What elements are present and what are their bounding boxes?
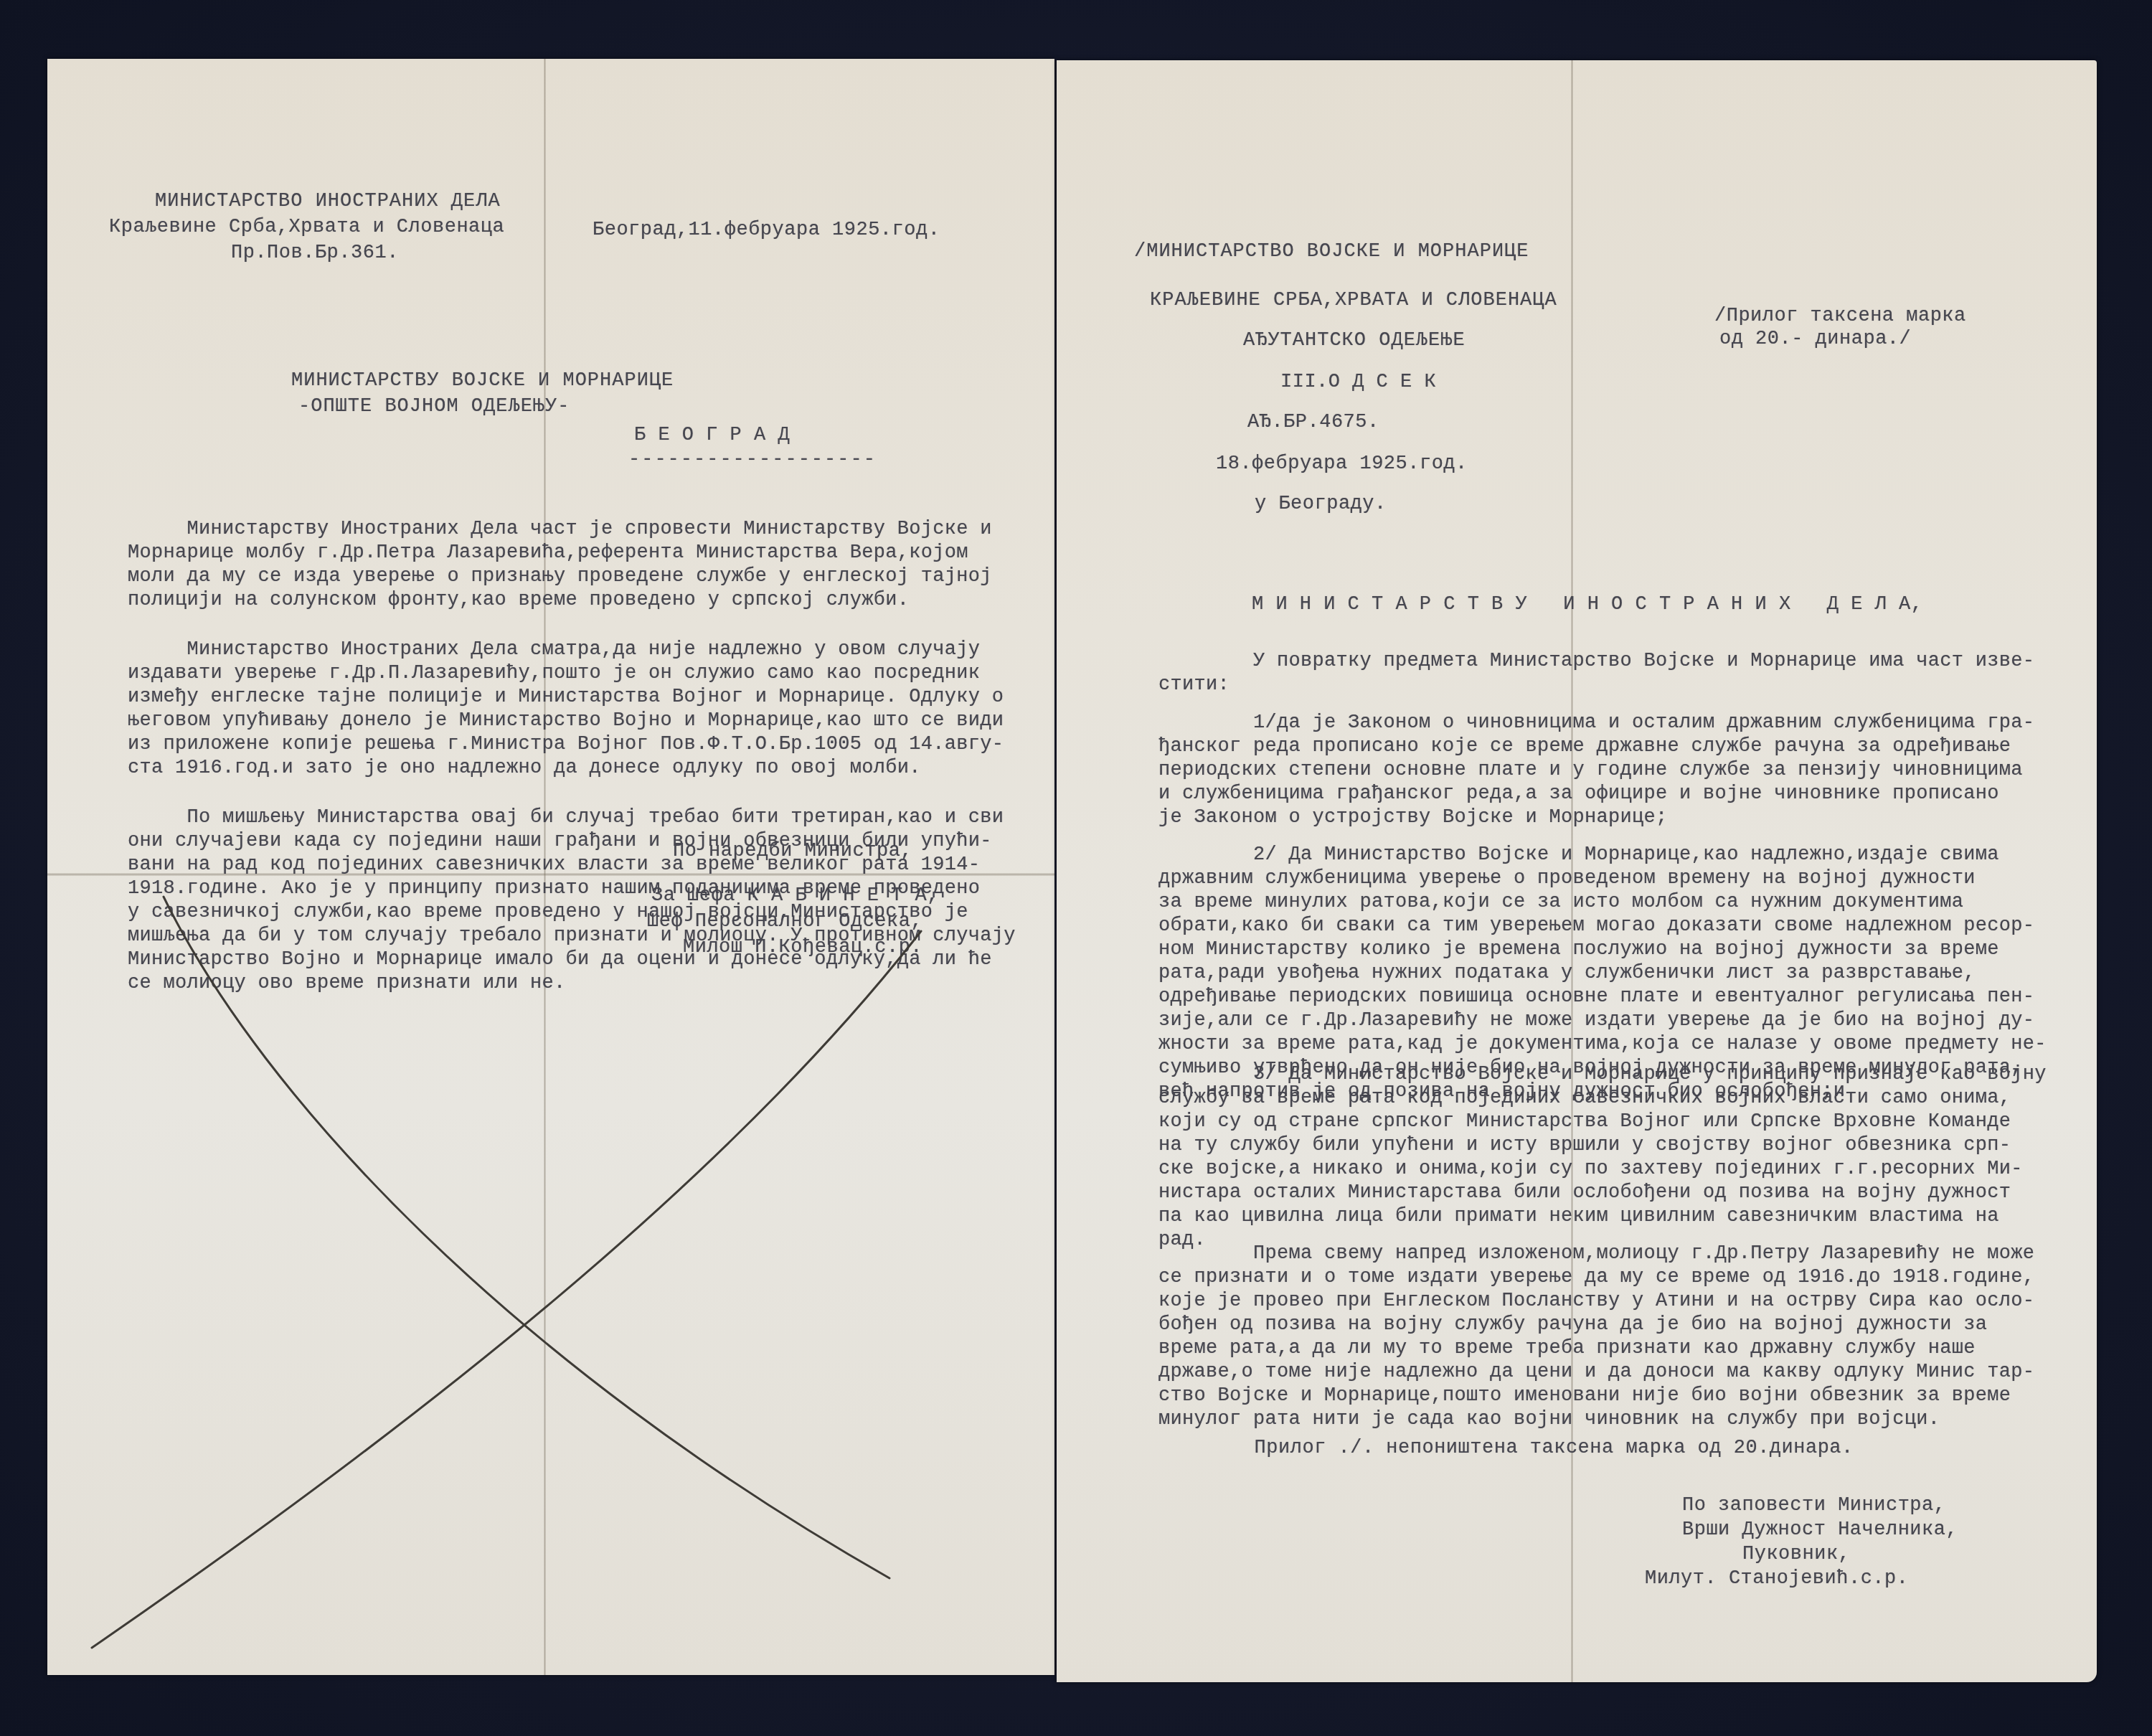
conclusion-paragraph: Према свему напред изложеном,молиоцу г.Д…: [1158, 1242, 2034, 1432]
sender-section: III.О Д С Е К: [1280, 370, 1436, 395]
sender-reference: АЂ.БР.4675.: [1247, 410, 1379, 435]
left-letter-page: МИНИСТАРСТВО ИНОСТРАНИХ ДЕЛА Краљевине С…: [47, 59, 1054, 1675]
sender-reference: Пр.Пов.Бр.361.: [231, 241, 399, 265]
signature-name: Милут. Станојевић.с.р.: [1645, 1567, 1908, 1591]
letter-date: 18.фебруара 1925.год.: [1216, 452, 1468, 476]
signature-name: Милош П.Кођевац.с.р.: [683, 935, 922, 960]
intro-paragraph: У повратку предмета Министарство Војске …: [1158, 650, 2034, 697]
sender-department: АЂУТАНТСКО ОДЕЉЕЊЕ: [1243, 329, 1466, 353]
signature-title: Шеф Персоналног Одсека,: [647, 910, 922, 934]
attachment-note-line-1: /Прилог таксена марка: [1714, 304, 1966, 329]
right-letter-page: /МИНИСТАРСТВО ВОЈСКЕ И МОРНАРИЦЕ КРАЉЕВИ…: [1057, 60, 2097, 1682]
letter-place: у Београду.: [1255, 492, 1387, 516]
enclosure-note: Прилог ./. непоништена таксена марка од …: [1158, 1436, 1854, 1461]
addressee-line-1: МИНИСТАРСТВУ ВОЈСКЕ И МОРНАРИЦЕ: [291, 369, 674, 393]
addressee-city: Б Е О Г Р А Д: [634, 423, 790, 448]
city-underline: -------------------: [628, 448, 877, 472]
sender-kingdom: Краљевине Срба,Хрвата и Словенаца: [109, 215, 504, 240]
signature-for-chief: За Шефа К А Б И Н Е Т А,: [651, 884, 939, 908]
signature-order: По наредби Министра,: [673, 839, 912, 864]
sender-kingdom: КРАЉЕВИНЕ СРБА,ХРВАТА И СЛОВЕНАЦА: [1150, 288, 1557, 313]
paragraph-1: Министарству Иностраних Дела част је спр…: [128, 518, 992, 613]
paragraph-2: Министарство Иностраних Дела сматра,да н…: [128, 638, 1004, 780]
attachment-note-line-2: од 20.- динара./: [1719, 327, 1911, 352]
sender-ministry: МИНИСТАРСТВО ИНОСТРАНИХ ДЕЛА: [155, 189, 501, 214]
addressee-line-2: -ОПШТЕ ВОЈНОМ ОДЕЉЕЊУ-: [298, 395, 570, 419]
point-1: 1/да је Законом о чиновницима и осталим …: [1158, 712, 2034, 830]
signature-order: По заповести Министра,: [1682, 1494, 1945, 1518]
sender-ministry: /МИНИСТАРСТВО ВОЈСКЕ И МОРНАРИЦЕ: [1134, 240, 1529, 264]
signature-title: Врши Дужност Начелника,: [1682, 1518, 1958, 1542]
point-3: 3/ Да Министарство Војске и Морнарице у …: [1158, 1063, 2047, 1253]
signature-rank: Пуковник,: [1742, 1542, 1850, 1567]
addressee: М И Н И С Т А Р С Т В У И Н О С Т Р А Н …: [1252, 593, 1922, 617]
letter-date: Београд,11.фебруара 1925.год.: [593, 218, 940, 242]
